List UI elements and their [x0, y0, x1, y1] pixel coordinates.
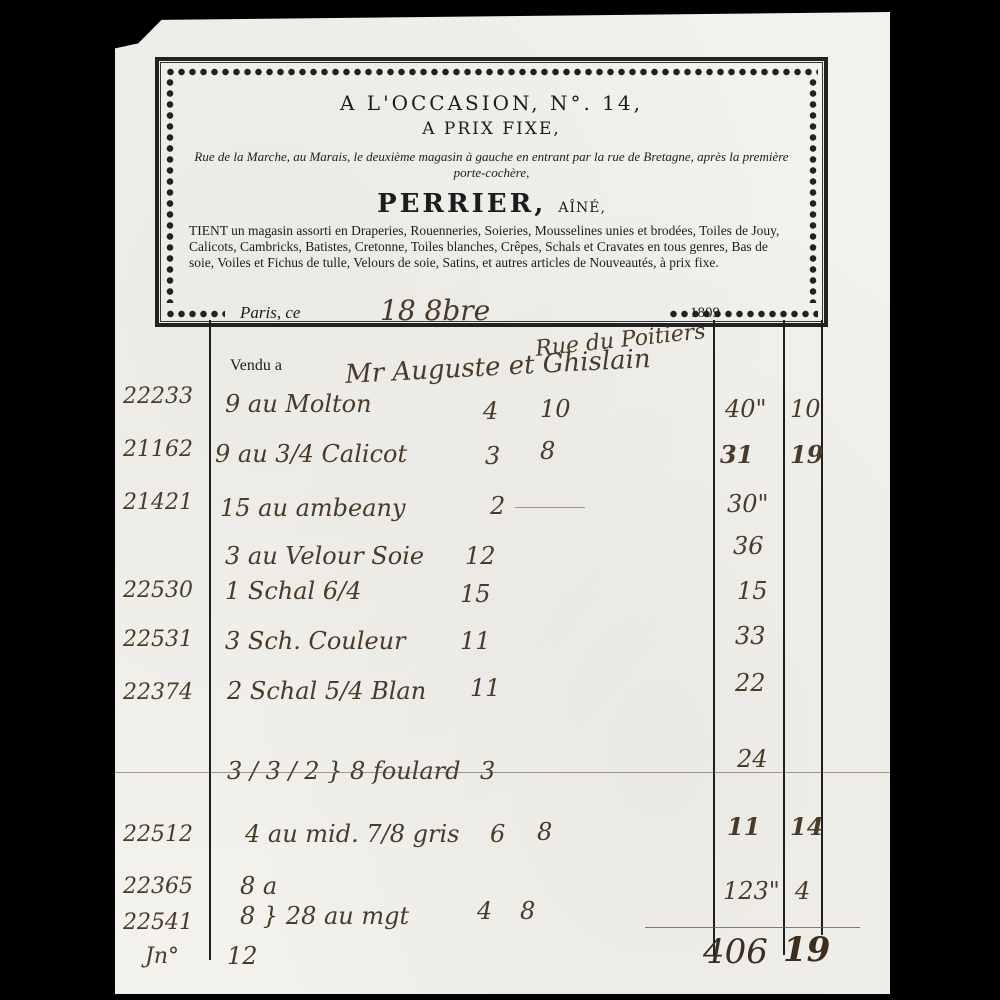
item-qty: 2 [490, 492, 505, 520]
shop-description: TIENT un magasin assorti en Draperies, R… [159, 223, 824, 271]
item-amount: 15 [737, 577, 768, 605]
item-amount: 40" [725, 395, 767, 423]
total-cents: 19 [783, 930, 830, 970]
shop-sign-line: A L'OCCASION, N°. 14, [159, 91, 824, 115]
filler-dash [515, 507, 585, 508]
total-rule [645, 927, 860, 928]
item-qty: 11 [470, 674, 501, 702]
merchant-name: PERRIER, AÎNÉ, [159, 189, 824, 219]
total-amount: 406 [703, 932, 768, 972]
item-amount: 11 [727, 812, 760, 841]
item-description: 8 a [240, 872, 277, 900]
place-label: Paris, ce [240, 303, 300, 323]
decorative-dot-border-top [165, 67, 818, 77]
item-cents: 19 [790, 440, 823, 469]
item-cents: 4 [795, 877, 810, 905]
item-qty: 3 [485, 442, 500, 470]
column-rule-amount-left [713, 320, 715, 955]
item-description: 12 [227, 942, 258, 970]
item-qty: 4 [477, 897, 492, 925]
ledger-ref: 22531 [123, 627, 193, 652]
item-description: 15 au ambeany [220, 494, 406, 522]
item-description: 1 Schal 6/4 [225, 577, 361, 605]
shop-address: Rue de la Marche, au Marais, le deuxième… [159, 149, 824, 181]
ledger-ref: 22233 [123, 384, 193, 409]
sold-to-label: Vendu a [230, 357, 282, 375]
item-qty: 4 [483, 397, 498, 425]
item-amount: 123" [723, 877, 780, 905]
item-qty: 6 [490, 820, 505, 848]
item-qty: 12 [465, 542, 496, 570]
item-cents: 14 [790, 812, 823, 841]
invoice-paper: A L'OCCASION, N°. 14, A PRIX FIXE, Rue d… [115, 12, 890, 994]
item-qty: 3 [480, 757, 495, 785]
item-description: 3 au Velour Soie [225, 542, 424, 570]
item-description: 9 au 3/4 Calicot [215, 440, 407, 468]
item-description: 3 / 3 / 2 } 8 foulard [227, 757, 461, 785]
ledger-ref: 22374 [123, 680, 193, 705]
ledger-ref: 22541 [123, 910, 193, 935]
item-cents: 10 [790, 395, 821, 423]
item-unit: 8 [520, 897, 535, 925]
item-unit: 8 [537, 818, 552, 846]
handwritten-date: 18 8bre [380, 294, 490, 327]
item-description: 9 au Molton [225, 390, 372, 418]
item-amount: 31 [720, 440, 753, 469]
column-rule-cents-right [821, 320, 823, 935]
merchant-surname: PERRIER, [377, 189, 546, 219]
ledger-ref: 22530 [123, 578, 193, 603]
column-rule-amount-right [783, 320, 785, 955]
item-description: 4 au mid. 7/8 gris [245, 820, 459, 848]
item-description: 8 } 28 au mgt [240, 902, 409, 930]
ledger-ref: Jn° [145, 944, 179, 969]
item-unit: 10 [540, 395, 571, 423]
ledger-ref: 21421 [123, 490, 193, 515]
ledger-ref: 21162 [123, 437, 193, 462]
item-amount: 36 [733, 532, 764, 560]
ledger-ref: 22365 [123, 874, 193, 899]
item-qty: 11 [460, 627, 491, 655]
letterhead-frame: A L'OCCASION, N°. 14, A PRIX FIXE, Rue d… [155, 57, 828, 327]
item-description: 2 Schal 5/4 Blan [227, 677, 426, 705]
item-description: 3 Sch. Couleur [225, 627, 406, 655]
ruled-line [115, 772, 890, 773]
item-unit: 8 [540, 437, 555, 465]
column-rule-left [209, 320, 211, 960]
item-amount: 24 [737, 745, 768, 773]
ledger-ref: 22512 [123, 822, 193, 847]
item-amount: 33 [735, 622, 766, 650]
fixed-price-line: A PRIX FIXE, [159, 119, 824, 139]
item-amount: 22 [735, 669, 766, 697]
item-amount: 30" [727, 490, 769, 518]
merchant-suffix: AÎNÉ, [558, 200, 606, 216]
item-qty: 15 [460, 580, 491, 608]
decorative-dot-border-bottom-left [165, 309, 225, 319]
